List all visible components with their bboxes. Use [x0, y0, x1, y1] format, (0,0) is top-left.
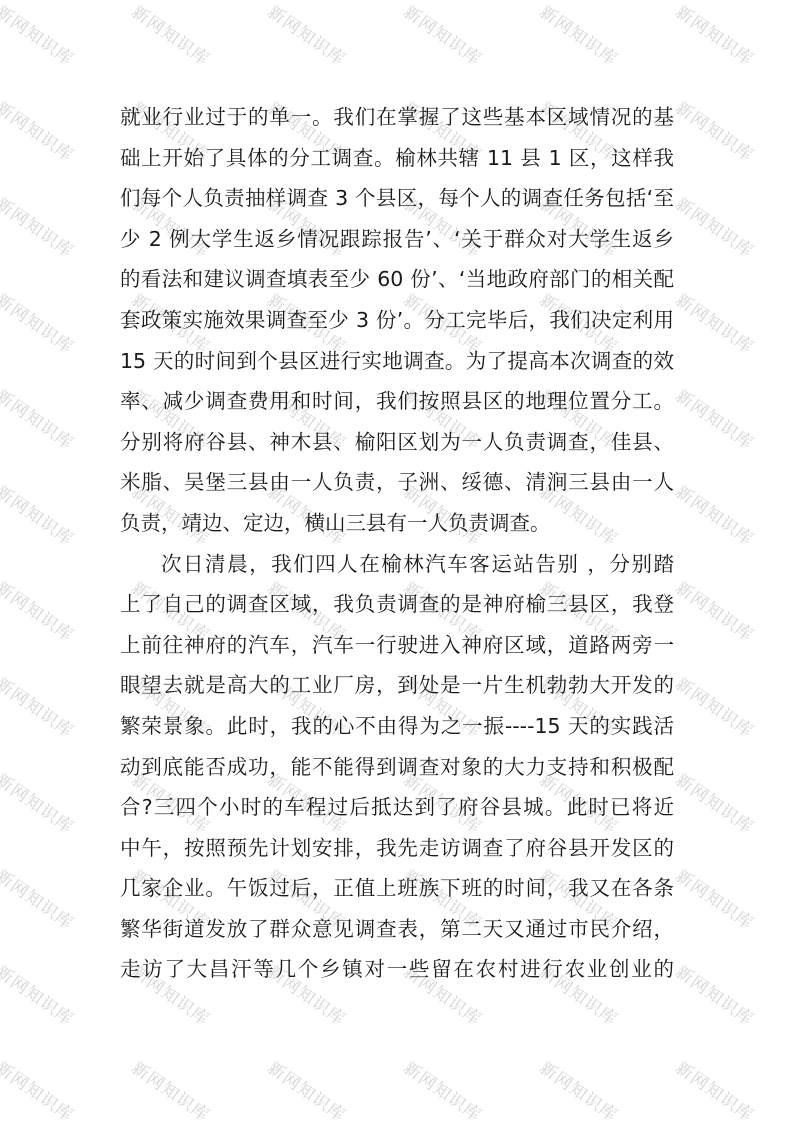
text-line: 中午，按照预先计划安排，我先走访调查了府谷县开发区的 — [120, 832, 674, 873]
watermark-text: 新网知识库 — [0, 670, 80, 742]
text-line: 眼望去就是高大的工业厂房，到处是一片生机勃勃大开发的 — [120, 669, 674, 710]
text-line: 动到底能否成功，能不能得到调查对象的大力支持和积极配 — [120, 751, 674, 792]
paragraph-start-line: 次日清晨，我们四人在榆林汽车客运站告别 ，分别踏 — [120, 548, 674, 589]
watermark-text: 新网知识库 — [0, 382, 80, 454]
text-line: 繁荣景象。此时，我的心不由得为之一振----15 天的实践活 — [120, 710, 674, 751]
watermark-text: 新网知识库 — [536, 1054, 624, 1122]
watermark-text: 新网知识库 — [672, 286, 760, 358]
watermark-text: 新网知识库 — [128, 0, 216, 70]
watermark-text: 新网知识库 — [128, 1054, 216, 1122]
watermark-text: 新网知识库 — [672, 574, 760, 646]
text-line: 就业行业过于的单一。我们在掌握了这些基本区域情况的基 — [120, 101, 674, 142]
watermark-text: 新网知识库 — [672, 478, 760, 550]
watermark-text: 新网知识库 — [672, 958, 760, 1030]
paragraph-end-line: 负责，靖边、定边，横山三县有一人负责调查。 — [120, 507, 674, 548]
watermark-text: 新网知识库 — [400, 1054, 488, 1122]
watermark-text: 新网知识库 — [0, 862, 80, 934]
text-line: 少 2 例大学生返乡情况跟踪报告’、‘关于群众对大学生返乡 — [120, 223, 674, 264]
watermark-text: 新网知识库 — [0, 286, 80, 358]
text-line: 分别将府谷县、神木县、榆阳区划为一人负责调查，佳县、 — [120, 426, 674, 467]
text-line: 套政策实施效果调查至少 3 份’。分工完毕后，我们决定利用 — [120, 304, 674, 345]
watermark-text: 新网知识库 — [0, 1054, 80, 1122]
watermark-text: 新网知识库 — [536, 0, 624, 70]
text-line: 们每个人负责抽样调查 3 个县区，每个人的调查任务包括‘至 — [120, 182, 674, 223]
watermark-text: 新网知识库 — [672, 0, 760, 70]
watermark-text: 新网知识库 — [264, 1054, 352, 1122]
text-line: 础上开始了具体的分工调查。榆林共辖 11 县 1 区，这样我 — [120, 142, 674, 183]
text-line: 率、减少调查费用和时间，我们按照县区的地理位置分工。 — [120, 385, 674, 426]
text-line: 几家企业。午饭过后，正值上班族下班的时间，我又在各条 — [120, 872, 674, 913]
watermark-text: 新网知识库 — [0, 574, 80, 646]
watermark-text: 新网知识库 — [672, 190, 760, 262]
watermark-text: 新网知识库 — [672, 766, 760, 838]
text-line: 合?三四个小时的车程过后抵达到了府谷县城。此时已将近 — [120, 791, 674, 832]
watermark-text: 新网知识库 — [0, 766, 80, 838]
watermark-text: 新网知识库 — [672, 382, 760, 454]
watermark-text: 新网知识库 — [0, 478, 80, 550]
watermark-text: 新网知识库 — [0, 958, 80, 1030]
watermark-text: 新网知识库 — [672, 862, 760, 934]
document-body: 就业行业过于的单一。我们在掌握了这些基本区域情况的基 础上开始了具体的分工调查。… — [120, 101, 674, 994]
watermark-text: 新网知识库 — [0, 94, 80, 166]
text-line: 上前往神府的汽车，汽车一行驶进入神府区域，道路两旁一 — [120, 629, 674, 670]
text-line: 上了自己的调查区域，我负责调查的是神府榆三县区，我登 — [120, 588, 674, 629]
text-line: 米脂、吴堡三县由一人负责，子洲、绥德、清涧三县由一人 — [120, 466, 674, 507]
text-line: 繁华街道发放了群众意见调查表，第二天又通过市民介绍， — [120, 913, 674, 954]
watermark-text: 新网知识库 — [400, 0, 488, 70]
watermark-text: 新网知识库 — [672, 94, 760, 166]
watermark-text: 新网知识库 — [264, 0, 352, 70]
text-line: 15 天的时间到个县区进行实地调查。为了提高本次调查的效 — [120, 345, 674, 386]
watermark-text: 新网知识库 — [0, 0, 80, 70]
watermark-text: 新网知识库 — [672, 670, 760, 742]
watermark-text: 新网知识库 — [0, 190, 80, 262]
watermark-text: 新网知识库 — [672, 1054, 760, 1122]
text-line: 走访了大昌汗等几个乡镇对一些留在农村进行农业创业的 — [120, 953, 674, 994]
text-line: 的看法和建议调查填表至少 60 份’、‘当地政府部门的相关配 — [120, 263, 674, 304]
